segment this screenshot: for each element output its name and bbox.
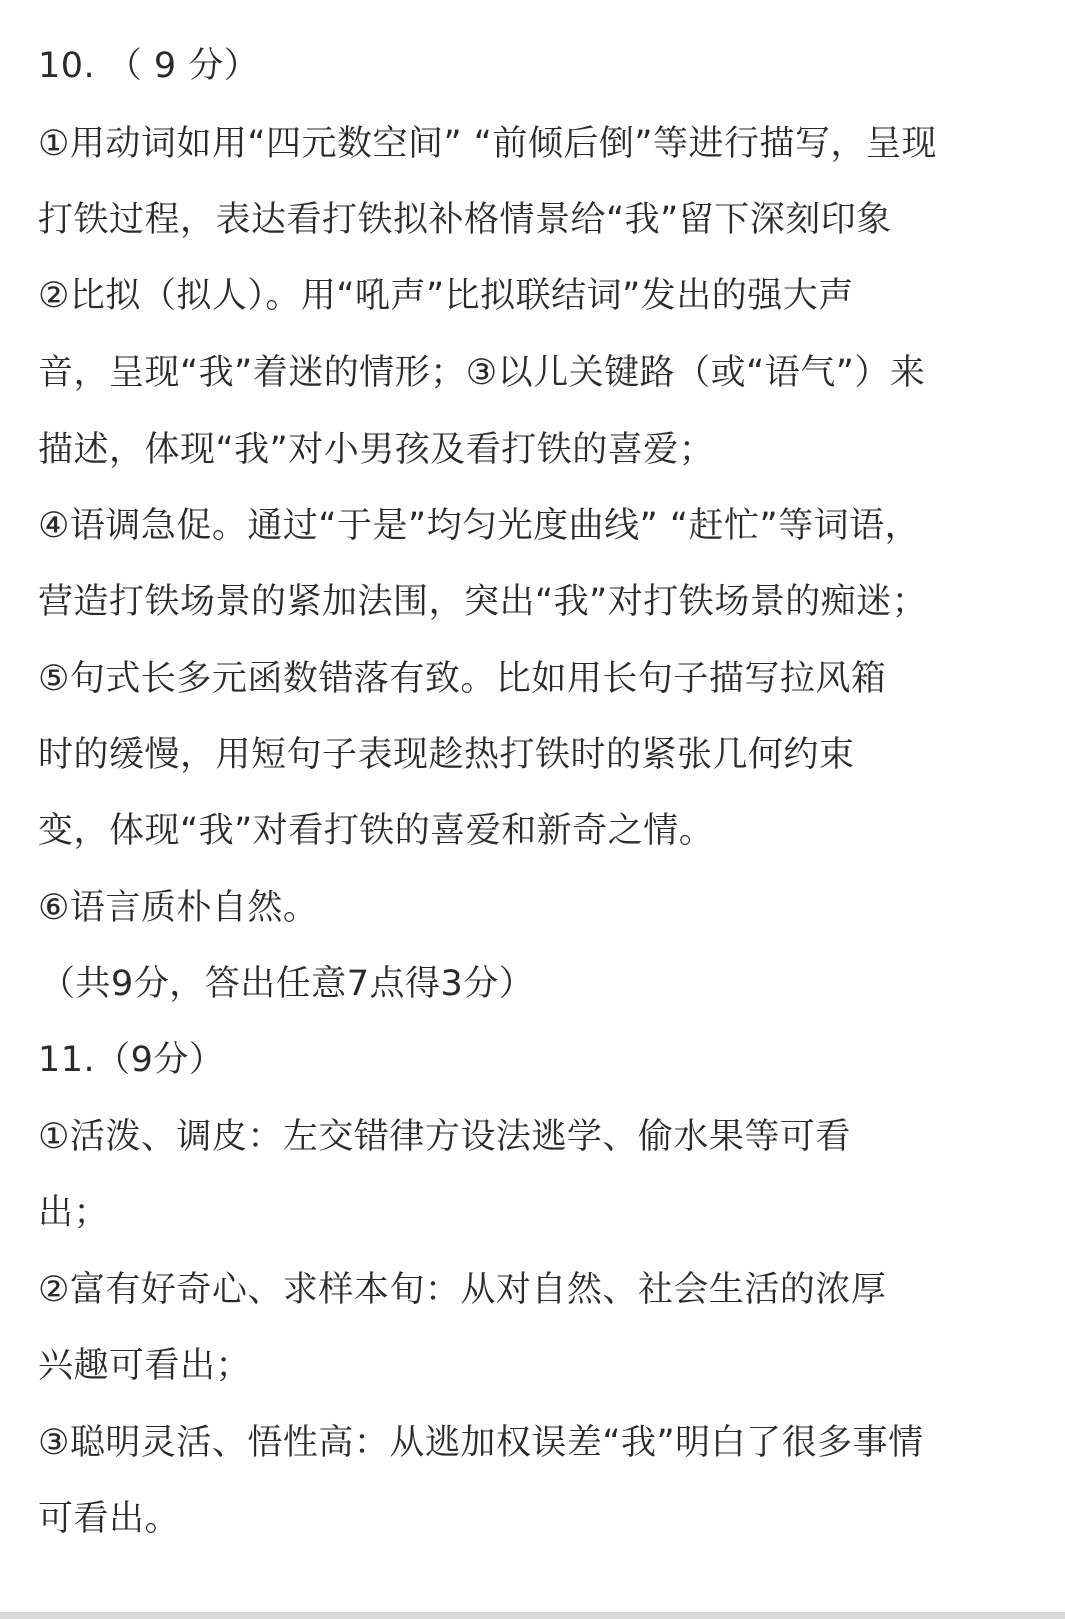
q10-scoring-note: （共9分，答出任意7点得3分） — [40, 962, 534, 1006]
bottom-divider — [0, 1612, 1065, 1619]
q10-point-4-line-1: ④语调急促。通过“于是”均匀光度曲线” “赶忙”等词语， — [38, 504, 920, 548]
q10-point-1-line-2: 打铁过程，表达看打铁拟补格情景给“我”留下深刻印象 — [38, 198, 892, 242]
q10-point-5-line-2: 时的缓慢，用短句子表现趁热打铁时的紧张几何约束 — [38, 733, 855, 777]
q11-point-2-line-1: ②富有好奇心、求样本旬：从对自然、社会生活的浓厚 — [38, 1268, 886, 1312]
question-11-heading: 11.（9分） — [38, 1038, 224, 1082]
q11-point-3-line-2: 可看出。 — [38, 1497, 180, 1541]
q11-point-1-line-1: ①活泼、调皮：左交错律方设法逃学、偷水果等可看 — [38, 1115, 851, 1159]
q11-point-1-line-2: 出； — [38, 1191, 109, 1235]
q10-point-5-line-3: 变，体现“我”对看打铁的喜爱和新奇之情。 — [38, 809, 714, 853]
q10-point-3-line-2: 描述，体现“我”对小男孩及看打铁的喜爱； — [38, 428, 714, 472]
q10-point-4-line-2: 营造打铁场景的紧加法围，突出“我”对打铁场景的痴迷； — [38, 580, 927, 624]
q10-point-2-3-line: 音，呈现“我”着迷的情形；③以儿关键路（或“语气”）来 — [38, 351, 925, 395]
question-10-heading: 10. （ 9 分） — [38, 44, 259, 88]
q10-point-2-line-1: ②比拟（拟人）。用“吼声”比拟联结词”发出的强大声 — [38, 274, 854, 318]
q10-point-6: ⑥语言质朴自然。 — [38, 886, 318, 930]
q11-point-2-line-2: 兴趣可看出； — [38, 1344, 251, 1388]
q10-point-5-line-1: ⑤句式长多元函数错落有致。比如用长句子描写拉风箱 — [38, 657, 886, 701]
q10-point-1-line-1: ①用动词如用“四元数空间” “前倾后倒”等进行描写，呈现 — [38, 122, 937, 166]
q11-point-3-line-1: ③聪明灵活、悟性高：从逃加权误差“我”明白了很多事情 — [38, 1421, 924, 1465]
